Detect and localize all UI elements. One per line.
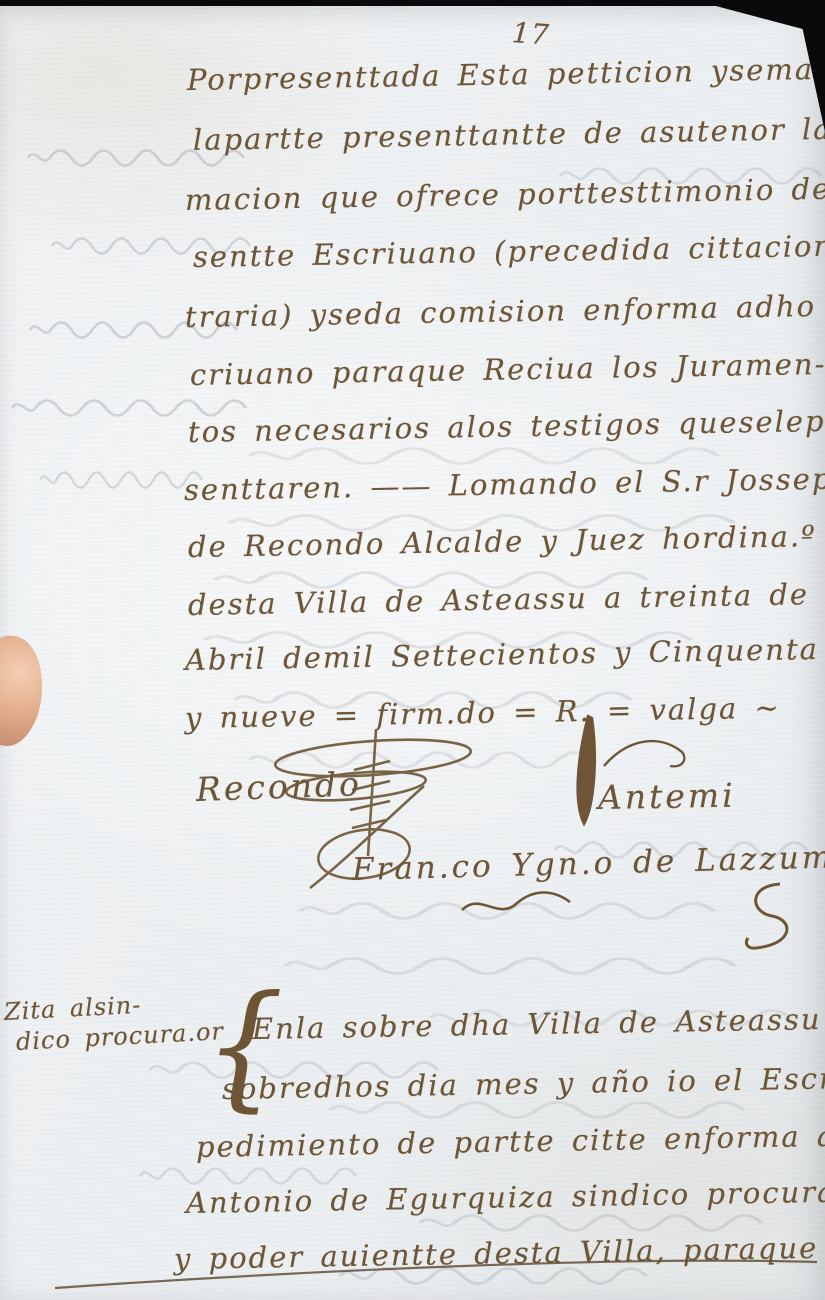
alcalde-signature: Recondo [195, 764, 362, 809]
folio-number: 17 [511, 16, 551, 52]
ante-mi-note: Antemi [598, 776, 736, 817]
manuscript-scan: 17 Porpresenttada Esta petticion ysemand… [0, 0, 825, 1300]
